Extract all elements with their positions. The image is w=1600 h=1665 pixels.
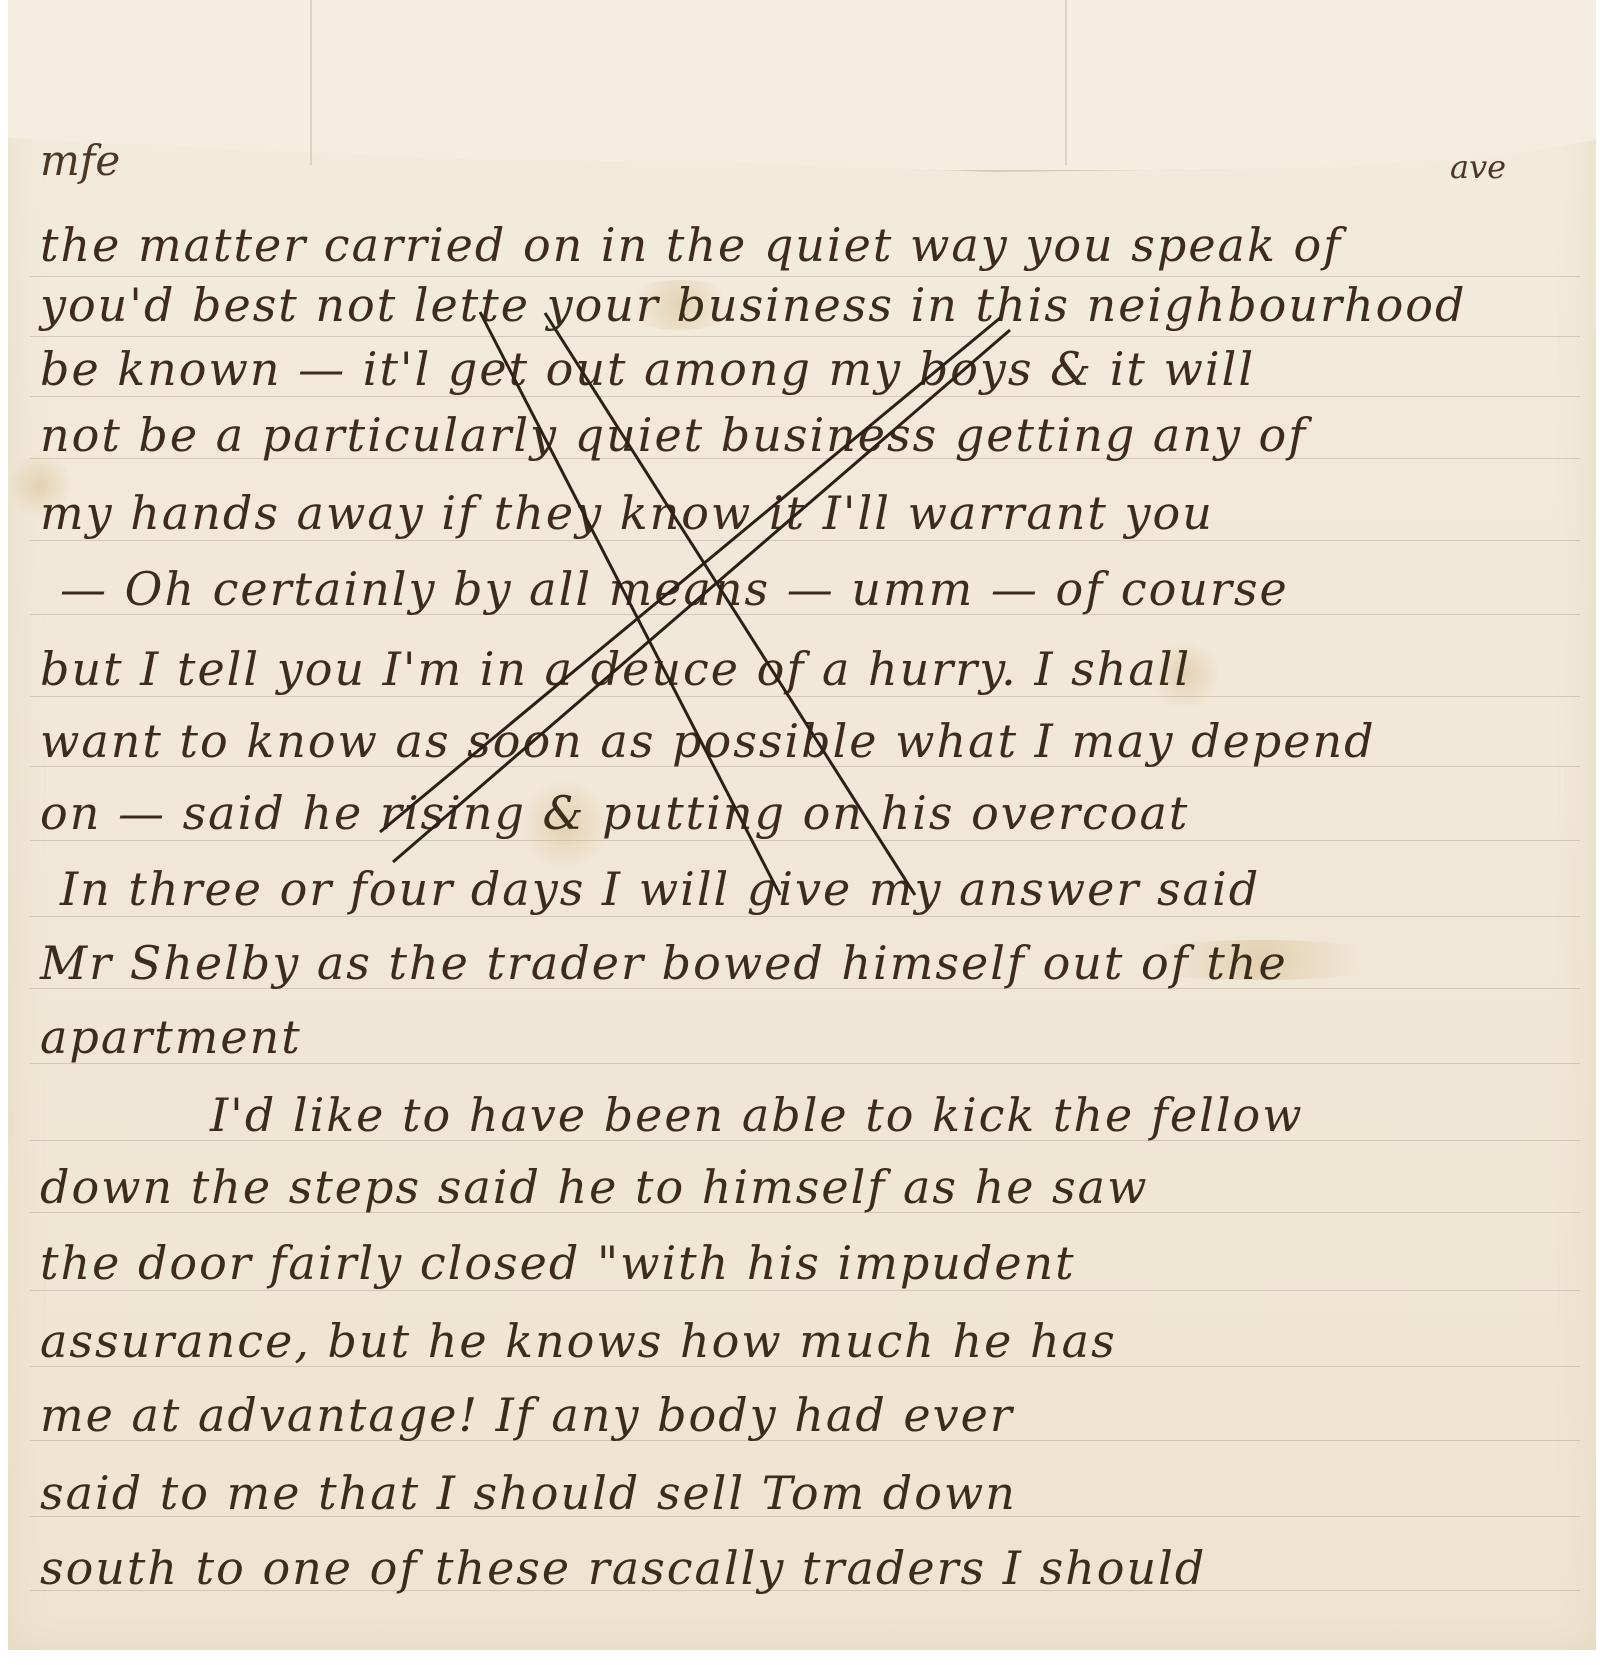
ruled-line (30, 916, 1580, 917)
fold-crease (310, 0, 312, 165)
ruled-line (30, 276, 1580, 277)
text-fragment-top-right: ave (1450, 148, 1506, 186)
manuscript-line: Mr Shelby as the trader bowed himself ou… (40, 940, 1570, 986)
fold-crease (1065, 0, 1067, 165)
manuscript-line: my hands away if they know it I'll warra… (40, 490, 1570, 536)
manuscript-line: want to know as soon as possible what I … (40, 718, 1570, 764)
ruled-line (30, 696, 1580, 697)
manuscript-line: me at advantage! If any body had ever (40, 1392, 1570, 1438)
ruled-line (30, 336, 1580, 337)
ruled-line (30, 840, 1580, 841)
manuscript-line: the matter carried on in the quiet way y… (40, 222, 1570, 268)
manuscript-line: you'd best not lette your business in th… (40, 282, 1570, 328)
manuscript-line: not be a particularly quiet business get… (40, 412, 1570, 458)
manuscript-line: south to one of these rascally traders I… (40, 1545, 1570, 1591)
manuscript-line: In three or four days I will give my ans… (60, 866, 1570, 912)
manuscript-line: but I tell you I'm in a deuce of a hurry… (40, 646, 1570, 692)
ruled-line (30, 540, 1580, 541)
manuscript-line: the door fairly closed "with his impuden… (40, 1240, 1570, 1286)
manuscript-line: — Oh certainly by all means — umm — of c… (60, 566, 1570, 612)
manuscript-line: I'd like to have been able to kick the f… (210, 1092, 1570, 1138)
manuscript-line: apartment (40, 1014, 1570, 1060)
ruled-line (30, 396, 1580, 397)
ruled-line (30, 1290, 1580, 1291)
manuscript-line: down the steps said he to himself as he … (40, 1164, 1570, 1210)
manuscript-line: on — said he rising & putting on his ove… (40, 790, 1570, 836)
manuscript-line: assurance, but he knows how much he has (40, 1318, 1570, 1364)
manuscript-line: said to me that I should sell Tom down (40, 1470, 1570, 1516)
manuscript-line: be known — it'l get out among my boys & … (40, 346, 1570, 392)
folded-paper-flap (8, 0, 1596, 170)
text-fragment-top-left: mfe (40, 136, 120, 185)
